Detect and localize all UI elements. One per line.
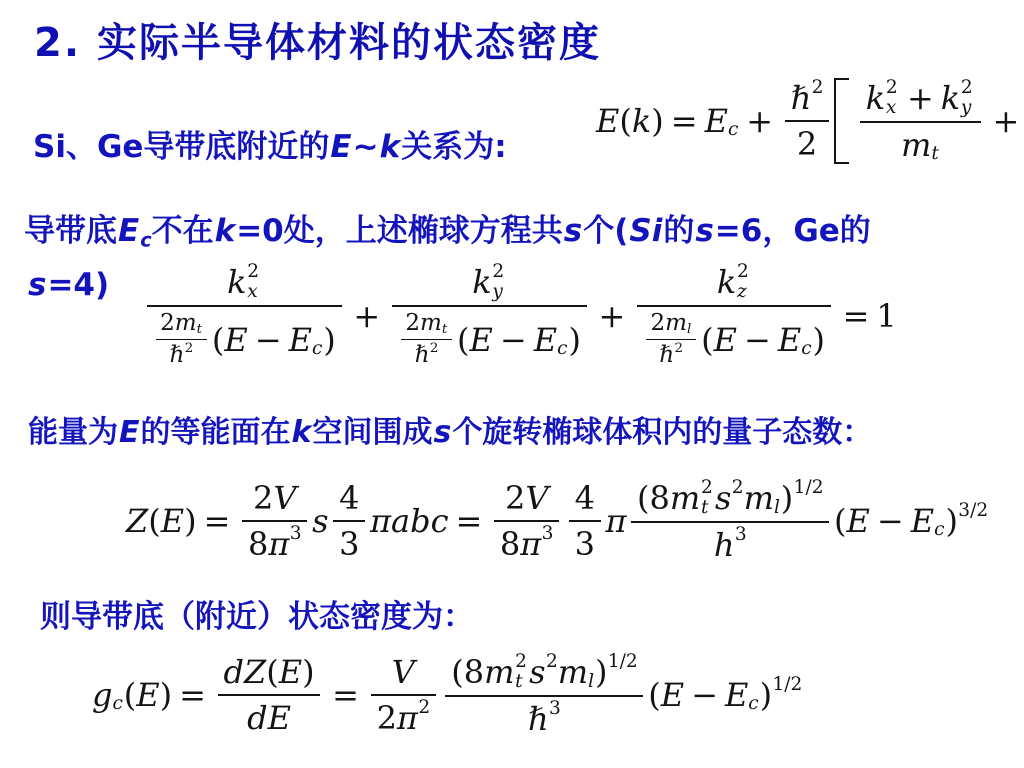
- tilde-symbol: ~: [353, 129, 379, 165]
- text-segment: 的: [663, 213, 694, 249]
- text-segment: 空间围成: [312, 415, 432, 450]
- formula-z-of-e: Z(E)=2V8π3s43πabc=2V8π343π(8m2ts2ml)1/2h…: [126, 478, 988, 564]
- var-E: E: [118, 415, 141, 450]
- text-valley-line2: s=4): [27, 268, 109, 304]
- text-segment: 关系为:: [401, 129, 506, 165]
- formula-ellipsoid-equation: k2x2mtℏ2(E−Ec)+k2y2mtℏ2(E−Ec)+k2z2mlℏ2(E…: [142, 262, 897, 370]
- var-E: E: [329, 129, 352, 165]
- text-segment: 能量为: [28, 415, 118, 450]
- formula-gc-density-of-states: gc(E)=dZ(E)dE=V2π2(8m2ts2ml)1/2ℏ3(E−Ec)1…: [92, 652, 802, 738]
- text-segment: Si、Ge导带底附近的: [33, 129, 329, 165]
- slide-page: { "colors": { "title_blue": "#0f0fb2", "…: [0, 0, 1024, 768]
- var-E: E: [117, 213, 140, 249]
- text-segment: 个(: [583, 213, 628, 249]
- slide-title: 2. 实际半导体材料的状态密度: [34, 20, 601, 66]
- var-k: k: [214, 213, 237, 249]
- var-s: s: [694, 213, 714, 249]
- text-segment: =6，Ge的: [715, 213, 871, 249]
- var-s: s: [27, 267, 47, 303]
- subscript-c: c: [140, 228, 151, 251]
- slide: 2. 实际半导体材料的状态密度 Si、Ge导带底附近的E~k关系为: E(k)=…: [0, 0, 1024, 768]
- text-ek-relation: Si、Ge导带底附近的E~k关系为:: [33, 130, 507, 166]
- var-k: k: [291, 415, 313, 450]
- text-dos-intro: 则导带底（附近）状态密度为：: [40, 600, 474, 636]
- text-segment: 不在: [152, 213, 214, 249]
- var-k: k: [379, 129, 402, 165]
- var-Si: Si: [628, 213, 663, 249]
- text-valley-line1: 导带底Ec不在k=0处，上述椭球方程共s个(Si的s=6，Ge的: [24, 214, 871, 251]
- var-s: s: [563, 213, 583, 249]
- text-segment: 导带底: [24, 213, 117, 249]
- text-segment: 个旋转椭球体积内的量子态数：: [452, 415, 872, 450]
- formula-ek-dispersion: E(k)=Ec+ℏ22k2x+k2ymt+k2zml: [596, 78, 1024, 164]
- text-quantum-states: 能量为E的等能面在k空间围成s个旋转椭球体积内的量子态数：: [28, 416, 872, 451]
- text-segment: =0处，上述椭球方程共: [236, 213, 563, 249]
- text-segment: 的等能面在: [141, 415, 291, 450]
- text-segment: =4): [47, 267, 109, 303]
- var-s: s: [432, 415, 452, 450]
